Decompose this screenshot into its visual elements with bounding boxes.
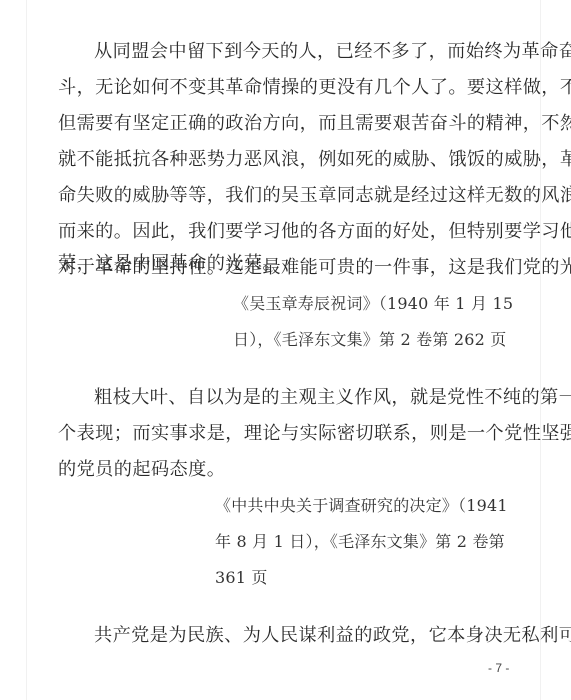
text-line: 而来的。因此，我们要学习他的各方面的好处，但特别要学习他	[58, 214, 470, 250]
citation-line: 日），《毛泽东文集》第 2 卷第 262 页	[233, 322, 470, 358]
page-number: - 7 -	[488, 661, 509, 675]
text-line: 命失败的威胁等等，我们的吴玉章同志就是经过这样无数的风浪	[58, 178, 470, 214]
text-line: 共产党是为民族、为人民谋利益的政党，它本身决无私利可	[94, 618, 470, 654]
citation-line: 361 页	[215, 560, 470, 596]
text-line: 从同盟会中留下到今天的人，已经不多了，而始终为革命奋	[94, 34, 470, 70]
text-line: 就不能抵抗各种恶势力恶风浪，例如死的威胁、饿饭的威胁，革	[58, 142, 470, 178]
text-line: 斗，无论如何不变其革命情操的更没有几个人了。要这样做，不	[58, 70, 470, 106]
text-line: 个表现；而实事求是，理论与实际密切联系，则是一个党性坚强	[58, 416, 470, 452]
page-edge-left	[26, 0, 27, 700]
text-line: 但需要有坚定正确的政治方向，而且需要艰苦奋斗的精神，不然	[58, 106, 470, 142]
text-line-last: 荣，这是中国革命的光荣。	[58, 246, 470, 282]
text-line: 的党员的起码态度。	[58, 452, 470, 488]
citation-line: 《中共中央关于调查研究的决定》（1941	[215, 488, 470, 524]
citation-line: 年 8 月 1 日），《毛泽东文集》第 2 卷第	[215, 524, 470, 560]
page-edge-right	[540, 0, 541, 700]
text-line: 粗枝大叶、自以为是的主观主义作风，就是党性不纯的第一	[94, 380, 470, 416]
citation-line: 《吴玉章寿辰祝词》（1940 年 1 月 15	[233, 286, 470, 322]
